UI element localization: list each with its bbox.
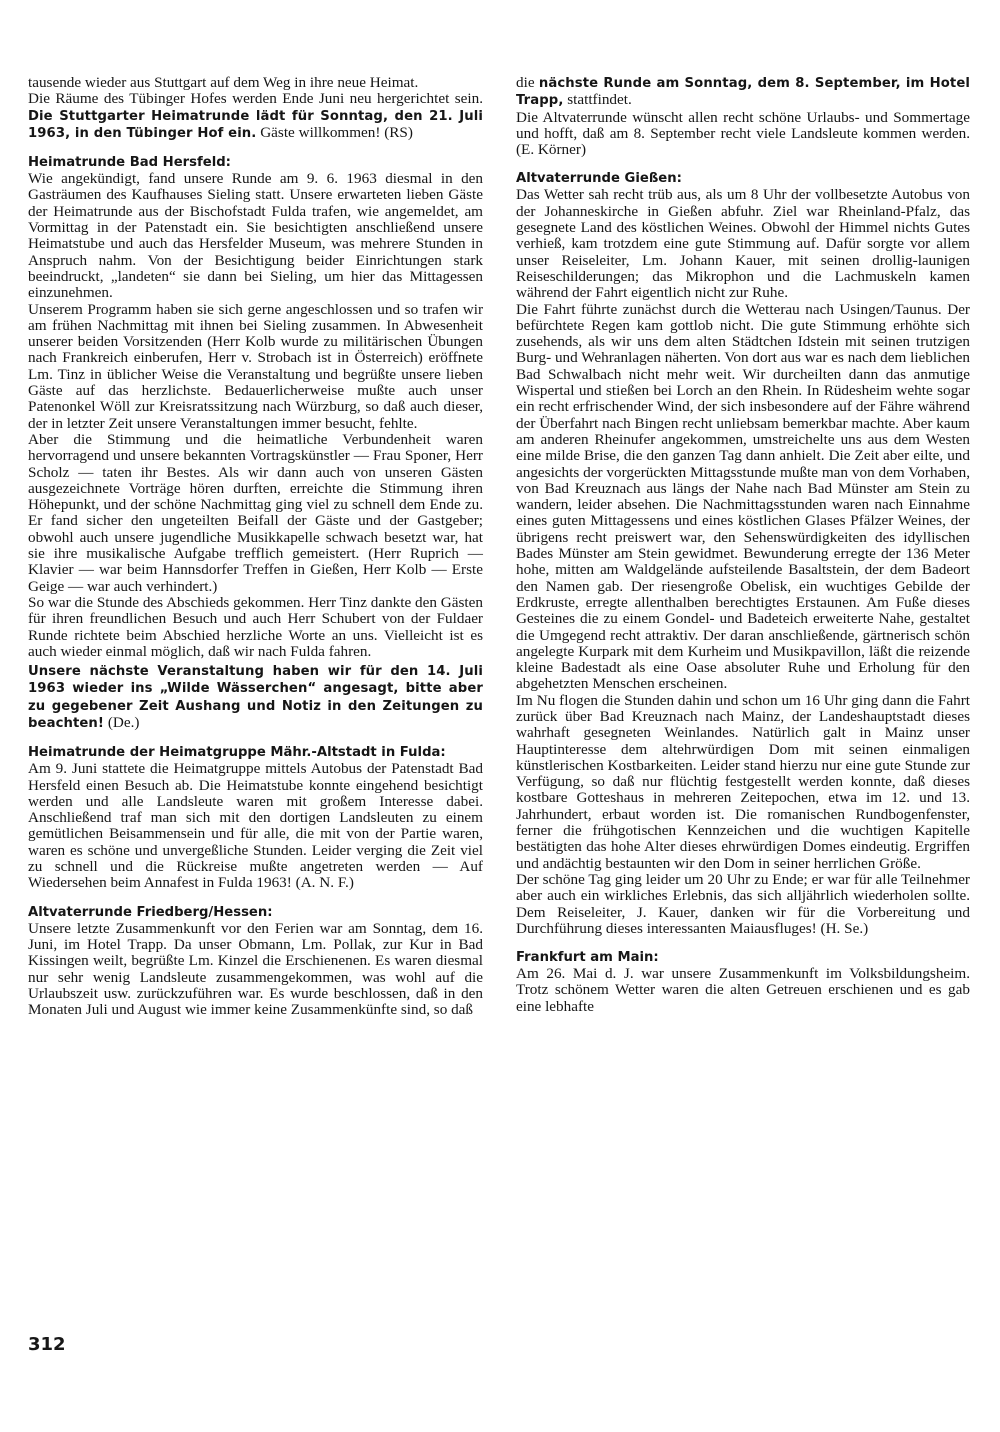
- giessen-paragraph-4: Der schöne Tag ging leider um 20 Uhr zu …: [516, 872, 970, 937]
- hersfeld-paragraph-4: So war die Stunde des Abschieds gekommen…: [28, 595, 483, 660]
- newsletter-page: tausende wieder aus Stuttgart auf dem We…: [0, 0, 1000, 1432]
- intro-paragraph-1: tausende wieder aus Stuttgart auf dem We…: [28, 75, 483, 91]
- intro-paragraph-2: Die Räume des Tübinger Hofes werden Ende…: [28, 91, 483, 142]
- giessen-paragraph-1: Das Wetter sah recht trüb aus, als um 8 …: [516, 187, 970, 301]
- friedberg-closing: Die Altvaterrunde wünscht allen recht sc…: [516, 110, 970, 159]
- frankfurt-paragraph: Am 26. Mai d. J. war unsere Zusammenkunf…: [516, 966, 970, 1015]
- intro-tail: Gäste willkommen! (RS): [256, 124, 413, 141]
- heading-giessen: Altvaterrunde Gießen:: [516, 170, 970, 187]
- next-event-announcement: Unsere nächste Veranstaltung haben wir f…: [28, 664, 483, 731]
- left-column: tausende wieder aus Stuttgart auf dem We…: [28, 75, 483, 1018]
- hersfeld-paragraph-2: Unserem Programm haben sie sich gerne an…: [28, 302, 483, 432]
- heading-bad-hersfeld: Heimatrunde Bad Hersfeld:: [28, 154, 483, 171]
- fulda-paragraph: Am 9. Juni stattete die Heimatgruppe mit…: [28, 761, 483, 891]
- intro-text: Die Räume des Tübinger Hofes werden Ende…: [28, 90, 483, 107]
- heading-friedberg: Altvaterrunde Friedberg/Hessen:: [28, 904, 483, 921]
- friedberg-paragraph: Unsere letzte Zusammenkunft vor den Feri…: [28, 921, 483, 1019]
- next-event-signature: (De.): [104, 714, 139, 731]
- right-column: die nächste Runde am Sonntag, dem 8. Sep…: [516, 75, 970, 1015]
- friedberg-lead: die: [516, 74, 539, 91]
- giessen-paragraph-3: Im Nu flogen die Stunden dahin und schon…: [516, 693, 970, 872]
- friedberg-continuation: die nächste Runde am Sonntag, dem 8. Sep…: [516, 75, 970, 110]
- heading-frankfurt: Frankfurt am Main:: [516, 949, 970, 966]
- hersfeld-paragraph-3: Aber die Stimmung und die heimatliche Ve…: [28, 432, 483, 595]
- page-number: 312: [28, 1334, 66, 1355]
- hersfeld-next-event: Unsere nächste Veranstaltung haben wir f…: [28, 663, 483, 732]
- heading-fulda: Heimatrunde der Heimatgruppe Mähr.-Altst…: [28, 744, 483, 761]
- hersfeld-paragraph-1: Wie angekündigt, fand unsere Runde am 9.…: [28, 171, 483, 301]
- giessen-paragraph-2: Die Fahrt führte zunächst durch die Wett…: [516, 302, 970, 693]
- friedberg-tail: stattfindet.: [563, 91, 631, 108]
